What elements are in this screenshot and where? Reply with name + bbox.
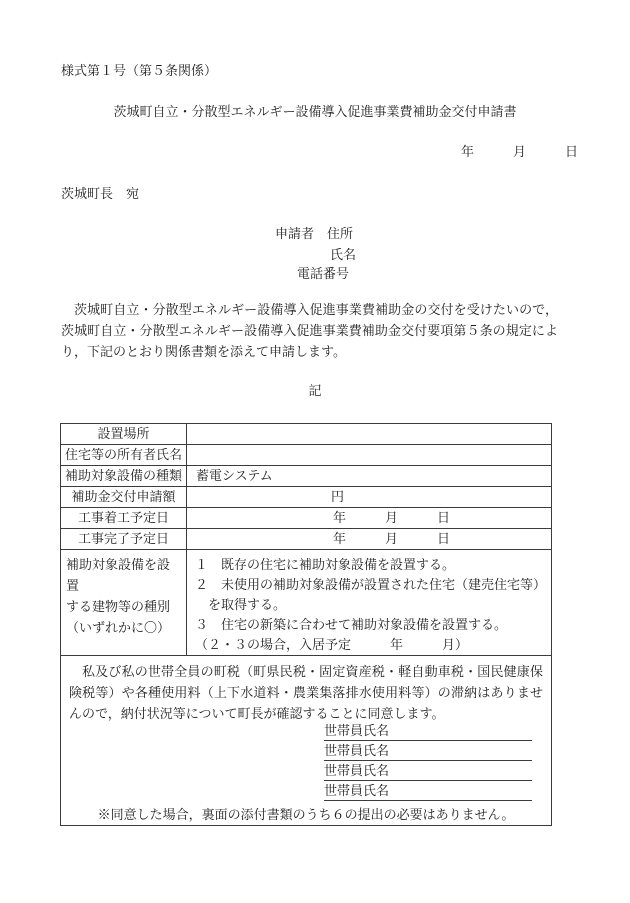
- construction-end-field[interactable]: 年 月 日: [187, 529, 552, 550]
- building-type-options: １ 既存の住宅に補助対象設備を設置する。 ２ 未使用の補助対象設備が設置された住…: [187, 550, 552, 656]
- household-member-name-line[interactable]: 世帯員氏名: [324, 721, 532, 741]
- move-in-date-line[interactable]: （２・３の場合，入居予定 年 月）: [195, 635, 543, 655]
- building-type-label-line: （いずれかに〇）: [66, 617, 182, 638]
- date-line: 年 月 日: [0, 141, 578, 162]
- owner-name-field[interactable]: [187, 445, 552, 466]
- table-row: 補助対象設備を設置 する建物等の種別 （いずれかに〇） １ 既存の住宅に補助対象…: [61, 550, 552, 656]
- household-member-label: 世帯員氏名: [324, 743, 389, 758]
- building-type-label-line: する建物等の種別: [66, 596, 182, 617]
- table-row: 補助対象設備の種類 蓄電システム: [61, 466, 552, 487]
- building-type-label-line: 補助対象設備を設置: [66, 554, 182, 596]
- table-row: 補助金交付申請額 円: [61, 487, 552, 508]
- request-paragraph: 茨城町自立・分散型エネルギー設備導入促進事業費補助金の交付を受けたいので，茨城町…: [61, 299, 558, 362]
- household-member-name-line[interactable]: 世帯員氏名: [324, 781, 532, 801]
- installation-site-field[interactable]: [187, 424, 552, 445]
- construction-end-label: 工事完了予定日: [61, 529, 187, 550]
- construction-start-label: 工事着工予定日: [61, 508, 187, 529]
- addressee: 茨城町長 宛: [61, 183, 139, 204]
- equipment-type-value: 蓄電システム: [187, 466, 552, 487]
- household-member-name-line[interactable]: 世帯員氏名: [324, 741, 532, 761]
- owner-name-label: 住宅等の所有者氏名: [61, 445, 187, 466]
- document-title: 茨城町自立・分散型エネルギー設備導入促進事業費補助金交付申請書: [0, 101, 630, 122]
- construction-start-field[interactable]: 年 月 日: [187, 508, 552, 529]
- application-table: 設置場所 住宅等の所有者氏名 補助対象設備の種類 蓄電システム 補助金交付申請額…: [60, 423, 552, 826]
- table-row: 工事着工予定日 年 月 日: [61, 508, 552, 529]
- installation-site-label: 設置場所: [61, 424, 187, 445]
- equipment-type-label: 補助対象設備の種類: [61, 466, 187, 487]
- consent-paragraph: 私及び私の世帯全員の町税（町県民税・固定資産税・軽自動車税・国民健康保険税等）や…: [69, 661, 543, 724]
- building-type-label: 補助対象設備を設置 する建物等の種別 （いずれかに〇）: [61, 550, 187, 656]
- building-type-option-2[interactable]: ２ 未使用の補助対象設備が設置された住宅（建売住宅等）を取得する。: [195, 575, 543, 615]
- household-member-label: 世帯員氏名: [324, 763, 389, 778]
- table-row: 私及び私の世帯全員の町税（町県民税・固定資産税・軽自動車税・国民健康保険税等）や…: [61, 656, 552, 826]
- subsidy-amount-field[interactable]: 円: [187, 487, 552, 508]
- building-type-option-3[interactable]: ３ 住宅の新築に合わせて補助対象設備を設置する。: [195, 615, 543, 635]
- applicant-address-label: 申請者 住所: [275, 223, 353, 244]
- ki-heading: 記: [0, 380, 630, 401]
- application-form-page: 様式第１号（第５条関係） 茨城町自立・分散型エネルギー設備導入促進事業費補助金交…: [0, 0, 630, 903]
- household-member-label: 世帯員氏名: [324, 723, 389, 738]
- applicant-phone-label: 電話番号: [297, 263, 349, 284]
- applicant-name-label: 氏名: [330, 244, 356, 265]
- consent-note: ※同意した場合，裏面の添付書類のうち６の提出の必要はありません。: [69, 805, 543, 825]
- form-number: 様式第１号（第５条関係）: [61, 60, 217, 81]
- building-type-option-1[interactable]: １ 既存の住宅に補助対象設備を設置する。: [195, 555, 543, 575]
- household-member-label: 世帯員氏名: [324, 783, 389, 798]
- table-row: 設置場所: [61, 424, 552, 445]
- consent-section: 私及び私の世帯全員の町税（町県民税・固定資産税・軽自動車税・国民健康保険税等）や…: [61, 656, 552, 826]
- table-row: 工事完了予定日 年 月 日: [61, 529, 552, 550]
- table-row: 住宅等の所有者氏名: [61, 445, 552, 466]
- household-member-name-line[interactable]: 世帯員氏名: [324, 761, 532, 781]
- subsidy-amount-label: 補助金交付申請額: [61, 487, 187, 508]
